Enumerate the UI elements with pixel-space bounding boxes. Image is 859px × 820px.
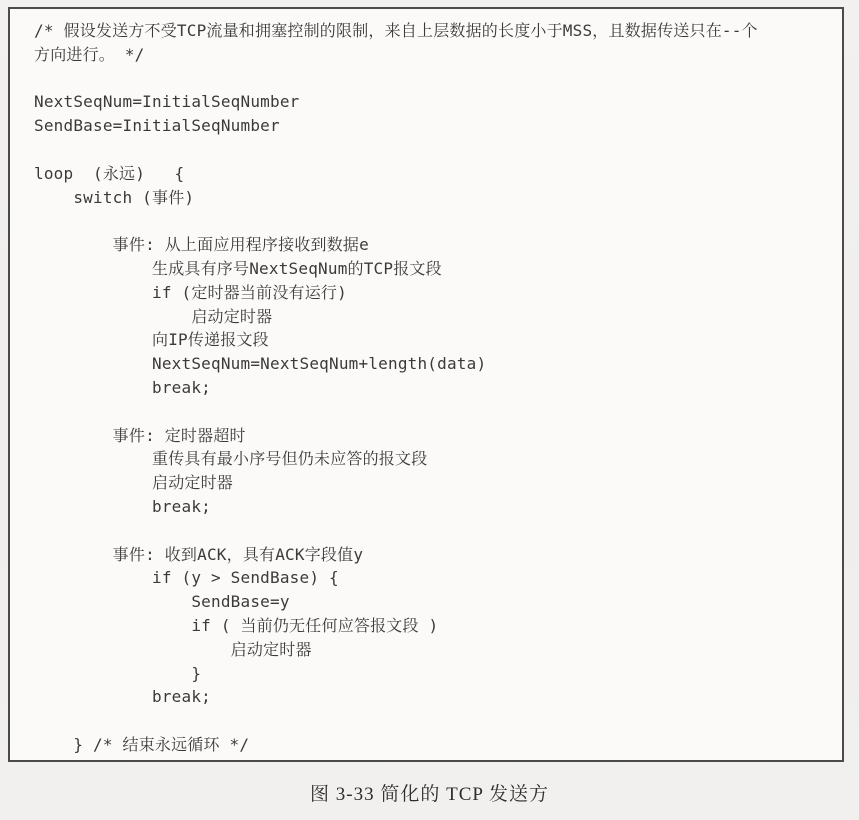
book-page: /* 假设发送方不受TCP流量和拥塞控制的限制，来自上层数据的长度小于MSS，且… xyxy=(0,0,859,820)
code-line: } xyxy=(34,662,836,686)
code-line: if (定时器当前没有运行) xyxy=(34,281,836,305)
code-line xyxy=(34,400,836,424)
code-line: 启动定时器 xyxy=(34,638,836,662)
code-line xyxy=(34,138,836,162)
pseudocode-figure-box: /* 假设发送方不受TCP流量和拥塞控制的限制，来自上层数据的长度小于MSS，且… xyxy=(8,7,844,762)
code-line: 方向进行。 */ xyxy=(34,43,836,67)
code-line xyxy=(34,67,836,91)
code-line xyxy=(34,519,836,543)
code-line xyxy=(34,709,836,733)
code-line: NextSeqNum=NextSeqNum+length(data) xyxy=(34,352,836,376)
code-line: NextSeqNum=InitialSeqNumber xyxy=(34,90,836,114)
code-line: if ( 当前仍无任何应答报文段 ) xyxy=(34,614,836,638)
code-line: /* 假设发送方不受TCP流量和拥塞控制的限制，来自上层数据的长度小于MSS，且… xyxy=(34,19,836,43)
code-line: SendBase=y xyxy=(34,590,836,614)
code-line: loop (永远) { xyxy=(34,162,836,186)
code-line: 事件: 定时器超时 xyxy=(34,424,836,448)
code-line: break; xyxy=(34,495,836,519)
code-line: 重传具有最小序号但仍未应答的报文段 xyxy=(34,447,836,471)
code-line: break; xyxy=(34,376,836,400)
figure-caption: 图 3-33 简化的 TCP 发送方 xyxy=(0,779,859,806)
code-line: 向IP传递报文段 xyxy=(34,328,836,352)
code-line: 事件: 从上面应用程序接收到数据e xyxy=(34,233,836,257)
code-line: 生成具有序号NextSeqNum的TCP报文段 xyxy=(34,257,836,281)
code-line: 启动定时器 xyxy=(34,471,836,495)
code-line: SendBase=InitialSeqNumber xyxy=(34,114,836,138)
code-line: if (y > SendBase) { xyxy=(34,566,836,590)
code-line: switch (事件) xyxy=(34,186,836,210)
code-line: } /* 结束永远循环 */ xyxy=(34,733,836,757)
code-line: 事件: 收到ACK，具有ACK字段值y xyxy=(34,543,836,567)
code-line: break; xyxy=(34,685,836,709)
code-line: 启动定时器 xyxy=(34,305,836,329)
code-line xyxy=(34,209,836,233)
